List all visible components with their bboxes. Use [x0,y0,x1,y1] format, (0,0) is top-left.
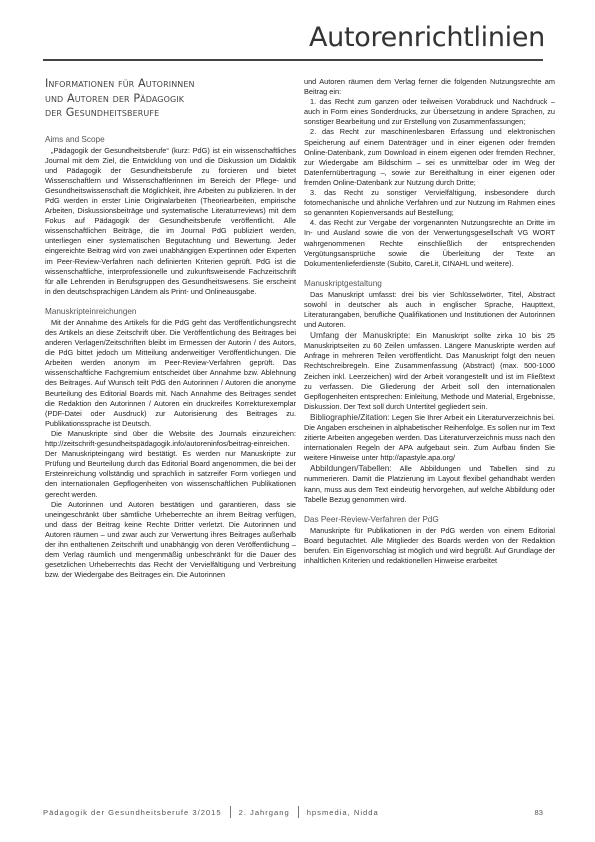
footer-divider [298,806,299,818]
right-column: und Autoren räumen dem Verlag ferner die… [304,77,555,566]
section-heading-peer-review: Das Peer-Review-Verfahren der PdG [304,514,555,525]
rights-intro: und Autoren räumen dem Verlag ferner die… [304,77,555,97]
paragraph: Die Manuskripte sind über die Website de… [45,429,296,500]
paragraph-abbildungen: Abbildungen/Tabellen: Alle Abbildungen u… [304,463,555,504]
paragraph-bibliographie: Bibliographie/Zitation: Legen Sie Ihrer … [304,412,555,463]
paragraph-text: Ein Manuskript sollte zirka 10 bis 25 Ma… [304,331,555,411]
page-footer: Pädagogik der Gesundheitsberufe 3/2015 2… [43,806,543,818]
left-column: Informationen für Autorinnen und Autoren… [45,77,296,580]
page-number: 83 [535,808,543,817]
section-heading-manuskriptgestaltung: Manuskriptgestaltung [304,278,555,289]
paragraph-umfang: Umfang der Manuskripte: Ein Manuskript s… [304,330,555,412]
document-title-line: der Gesundheitsberufe [45,106,296,121]
paragraph: Manuskripte für Publikationen in der PdG… [304,526,555,566]
rights-item: 4. das Recht zur Vergabe der vorgenannte… [304,218,555,268]
document-title-line: Informationen für Autorinnen [45,77,296,92]
section-heading-aims-scope: Aims and Scope [45,134,296,145]
run-in-heading: Umfang der Manuskripte: [310,330,410,340]
paragraph: Das Manuskript umfasst: drei bis vier Sc… [304,290,555,330]
rights-item: 1. das Recht zum ganzen oder teilweisen … [304,97,555,127]
rights-item: 3. das Recht zu sonstiger Vervielfältigu… [304,188,555,218]
footer-divider [230,806,231,818]
page-header-title: Autorenrichtlinien [309,22,545,53]
section-heading-manuskripteinreichungen: Manuskripteinreichungen [45,306,296,317]
footer-journal: Pädagogik der Gesundheitsberufe 3/2015 [43,808,222,817]
run-in-heading: Abbildungen/Tabellen: [310,463,392,473]
header-divider [43,59,543,61]
document-title-line: und Autoren der Pädagogik [45,92,296,107]
paragraph: Mit der Annahme des Artikels für die PdG… [45,318,296,429]
run-in-heading: Bibliographie/Zitation: [310,412,390,422]
footer-publisher: hpsmedia, Nidda [307,808,379,817]
rights-item: 2. das Recht zur maschinenlesbaren Erfas… [304,127,555,188]
paragraph: „Pädagogik der Gesundheitsberufe“ (kurz:… [45,146,296,297]
footer-volume: 2. Jahrgang [239,808,290,817]
document-title: Informationen für Autorinnen und Autoren… [45,77,296,121]
paragraph: Die Autorinnen und Autoren bestätigen un… [45,500,296,581]
